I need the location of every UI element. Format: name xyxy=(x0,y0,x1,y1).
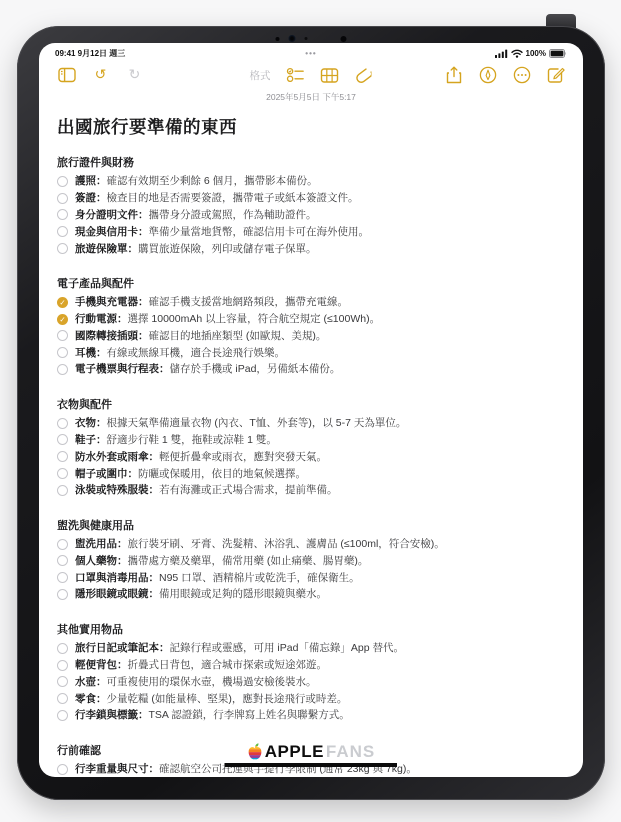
checklist-item[interactable]: 盥洗用品：旅行裝牙刷、牙膏、洗髮精、沐浴乳、護膚品 (≤100ml，符合安檢)。 xyxy=(57,536,565,553)
cellular-icon xyxy=(495,49,508,58)
more-button[interactable] xyxy=(512,66,531,85)
checklist-item[interactable]: 個人藥物：攜帶處方藥及藥單，備常用藥 (如止痛藥、腸胃藥)。 xyxy=(57,553,565,570)
checkbox-unchecked[interactable] xyxy=(57,330,68,341)
checklist-item[interactable]: 旅行日記或筆記本：記錄行程或靈感，可用 iPad「備忘錄」App 替代。 xyxy=(57,640,565,657)
checklist-item[interactable]: 口罩與消毒用品：N95 口罩、酒精棉片或乾洗手，確保衛生。 xyxy=(57,569,565,586)
item-text: 簽證：檢查目的地是否需要簽證，攜帶電子或紙本簽證文件。 xyxy=(75,192,359,204)
item-text: 隱形眼鏡或眼鏡：備用眼鏡或足夠的隱形眼鏡與藥水。 xyxy=(75,588,327,600)
section-header: 電子產品與配件 xyxy=(57,275,565,291)
section-header: 衣物與配件 xyxy=(57,396,565,412)
checklist-item[interactable]: 旅遊保險單：購買旅遊保險，列印或儲存電子保單。 xyxy=(57,240,565,257)
checklist-item[interactable]: 零食：少量乾糧 (如能量棒、堅果)，應對長途飛行或時差。 xyxy=(57,690,565,707)
paperclip-icon xyxy=(355,67,372,84)
checklist-button[interactable] xyxy=(286,66,305,85)
checkbox-unchecked[interactable] xyxy=(57,451,68,462)
ellipsis-circle-icon xyxy=(513,66,531,84)
item-text: 盥洗用品：旅行裝牙刷、牙膏、洗髮精、沐浴乳、護膚品 (≤100ml，符合安檢)。 xyxy=(75,538,445,550)
checkbox-checked[interactable]: ✓ xyxy=(57,314,68,325)
checklist-section: 電子產品與配件✓手機與充電器：確認手機支援當地網路頻段，攜帶充電線。✓行動電源：… xyxy=(57,275,565,378)
battery-percent: 100% xyxy=(526,49,546,58)
checkbox-unchecked[interactable] xyxy=(57,418,68,429)
format-button[interactable]: 格式 xyxy=(250,66,271,85)
checkbox-unchecked[interactable] xyxy=(57,193,68,204)
share-button[interactable] xyxy=(444,66,463,85)
section-header: 旅行證件與財務 xyxy=(57,154,565,170)
item-text: 耳機：有線或無線耳機，適合長途飛行娛樂。 xyxy=(75,347,285,359)
checkbox-unchecked[interactable] xyxy=(57,434,68,445)
checklist-section: 盥洗與健康用品盥洗用品：旅行裝牙刷、牙膏、洗髮精、沐浴乳、護膚品 (≤100ml… xyxy=(57,517,565,603)
checkbox-unchecked[interactable] xyxy=(57,485,68,496)
checkbox-checked[interactable]: ✓ xyxy=(57,297,68,308)
checkbox-unchecked[interactable] xyxy=(57,176,68,187)
item-text: 衣物：根據天氣準備適量衣物 (內衣、T恤、外套等)，以 5-7 天為單位。 xyxy=(75,417,406,429)
checkbox-unchecked[interactable] xyxy=(57,693,68,704)
compose-button[interactable] xyxy=(546,66,565,85)
item-text: 鞋子：舒適步行鞋 1 雙，拖鞋或涼鞋 1 雙。 xyxy=(75,434,277,446)
status-bar: 09:41 9月12日 週三 ••• 100% xyxy=(39,43,583,60)
undo-button[interactable]: ↺ xyxy=(91,66,110,85)
section-header: 其他實用物品 xyxy=(57,621,565,637)
item-text: 泳裝或特殊服裝：若有海灘或正式場合需求，提前準備。 xyxy=(75,484,338,496)
item-text: 行李鎖與標籤：TSA 認證鎖，行李牌寫上姓名與聯繫方式。 xyxy=(75,709,350,721)
checkbox-unchecked[interactable] xyxy=(57,676,68,687)
checklist-item[interactable]: 行李鎖與標籤：TSA 認證鎖，行李牌寫上姓名與聯繫方式。 xyxy=(57,707,565,724)
checklist-item[interactable]: 水壺：可重複使用的環保水壺，機場過安檢後裝水。 xyxy=(57,673,565,690)
checklist-item[interactable]: 現金與信用卡：準備少量當地貨幣，確認信用卡可在海外使用。 xyxy=(57,223,565,240)
watermark-underline xyxy=(225,763,397,767)
checkbox-unchecked[interactable] xyxy=(57,539,68,550)
checkbox-unchecked[interactable] xyxy=(57,468,68,479)
checkbox-unchecked[interactable] xyxy=(57,572,68,583)
checklist-item[interactable]: 隱形眼鏡或眼鏡：備用眼鏡或足夠的隱形眼鏡與藥水。 xyxy=(57,586,565,603)
compose-icon xyxy=(547,66,565,84)
item-text: 護照：確認有效期至少剩餘 6 個月，攜帶影本備份。 xyxy=(75,175,318,187)
checklist-item[interactable]: 電子機票與行程表：儲存於手機或 iPad，另備紙本備份。 xyxy=(57,361,565,378)
checkbox-unchecked[interactable] xyxy=(57,660,68,671)
wifi-icon xyxy=(511,49,523,58)
checklist-item[interactable]: 泳裝或特殊服裝：若有海灘或正式場合需求，提前準備。 xyxy=(57,482,565,499)
section-header: 盥洗與健康用品 xyxy=(57,517,565,533)
item-text: 國際轉接插頭：確認目的地插座類型 (如歐規、美規)。 xyxy=(75,330,326,342)
attachment-button[interactable] xyxy=(354,66,373,85)
checklist-sections: 旅行證件與財務護照：確認有效期至少剩餘 6 個月，攜帶影本備份。簽證：檢查目的地… xyxy=(57,154,565,777)
markup-button[interactable] xyxy=(478,66,497,85)
checkbox-unchecked[interactable] xyxy=(57,643,68,654)
undo-icon: ↺ xyxy=(95,68,107,82)
checklist-item[interactable]: 身分證明文件：攜帶身分證或駕照，作為輔助證件。 xyxy=(57,207,565,224)
checkbox-unchecked[interactable] xyxy=(57,226,68,237)
checkbox-unchecked[interactable] xyxy=(57,209,68,220)
share-icon xyxy=(446,66,462,84)
item-text: 現金與信用卡：準備少量當地貨幣，確認信用卡可在海外使用。 xyxy=(75,226,369,238)
checklist-item[interactable]: 帽子或圍巾：防曬或保暖用，依目的地氣候選擇。 xyxy=(57,465,565,482)
item-text: 個人藥物：攜帶處方藥及藥單，備常用藥 (如止痛藥、腸胃藥)。 xyxy=(75,555,368,567)
item-text: 旅遊保險單：購買旅遊保險，列印或儲存電子保單。 xyxy=(75,243,317,255)
checkbox-unchecked[interactable] xyxy=(57,710,68,721)
note-timestamp: 2025年5月5日 下午5:17 xyxy=(39,91,583,103)
checklist-item[interactable]: ✓行動電源：選擇 10000mAh 以上容量，符合航空規定 (≤100Wh)。 xyxy=(57,311,565,328)
ipad-device-frame: 09:41 9月12日 週三 ••• 100% xyxy=(17,26,605,800)
checkbox-unchecked[interactable] xyxy=(57,589,68,600)
checklist-icon xyxy=(286,67,304,83)
sidebar-toggle-button[interactable] xyxy=(57,66,76,85)
checklist-item[interactable]: 輕便背包：折疊式日背包，適合城市探索或短途郊遊。 xyxy=(57,657,565,674)
table-icon xyxy=(320,68,338,83)
checkbox-unchecked[interactable] xyxy=(57,555,68,566)
checklist-item[interactable]: 國際轉接插頭：確認目的地插座類型 (如歐規、美規)。 xyxy=(57,327,565,344)
checklist-item[interactable]: 簽證：檢查目的地是否需要簽證，攜帶電子或紙本簽證文件。 xyxy=(57,190,565,207)
checklist-section: 旅行證件與財務護照：確認有效期至少剩餘 6 個月，攜帶影本備份。簽證：檢查目的地… xyxy=(57,154,565,257)
item-text: 電子機票與行程表：儲存於手機或 iPad，另備紙本備份。 xyxy=(75,363,340,375)
item-text: 零食：少量乾糧 (如能量棒、堅果)，應對長途飛行或時差。 xyxy=(75,693,347,705)
checkbox-unchecked[interactable] xyxy=(57,347,68,358)
checklist-item[interactable]: ✓手機與充電器：確認手機支援當地網路頻段，攜帶充電線。 xyxy=(57,294,565,311)
item-text: 身分證明文件：攜帶身分證或駕照，作為輔助證件。 xyxy=(75,209,317,221)
notes-toolbar: ↺ ↻ 格式 xyxy=(39,60,583,90)
item-text: 旅行日記或筆記本：記錄行程或靈感，可用 iPad「備忘錄」App 替代。 xyxy=(75,642,404,654)
watermark-apple-text: APPLE xyxy=(265,742,324,762)
table-button[interactable] xyxy=(320,66,339,85)
status-time-date: 09:41 9月12日 週三 xyxy=(55,48,125,59)
item-text: 手機與充電器：確認手機支援當地網路頻段，攜帶充電線。 xyxy=(75,296,348,308)
checklist-item[interactable]: 鞋子：舒適步行鞋 1 雙，拖鞋或涼鞋 1 雙。 xyxy=(57,432,565,449)
checklist-item[interactable]: 衣物：根據天氣準備適量衣物 (內衣、T恤、外套等)，以 5-7 天為單位。 xyxy=(57,415,565,432)
ipad-screen: 09:41 9月12日 週三 ••• 100% xyxy=(39,43,583,777)
checklist-item[interactable]: 護照：確認有效期至少剩餘 6 個月，攜帶影本備份。 xyxy=(57,173,565,190)
front-camera xyxy=(276,35,347,42)
multitask-indicator[interactable]: ••• xyxy=(305,49,316,58)
applefans-watermark: APPLE FANS xyxy=(201,742,421,767)
watermark-fans-text: FANS xyxy=(326,742,375,762)
checklist-section: 衣物與配件衣物：根據天氣準備適量衣物 (內衣、T恤、外套等)，以 5-7 天為單… xyxy=(57,396,565,499)
item-text: 防水外套或雨傘：輕便折疊傘或雨衣，應對突發天氣。 xyxy=(75,451,327,463)
checkbox-unchecked[interactable] xyxy=(57,364,68,375)
checklist-item[interactable]: 防水外套或雨傘：輕便折疊傘或雨衣，應對突發天氣。 xyxy=(57,448,565,465)
rainbow-apple-logo-icon xyxy=(247,743,263,761)
checkbox-unchecked[interactable] xyxy=(57,764,68,775)
note-content: 出國旅行要準備的東西 旅行證件與財務護照：確認有效期至少剩餘 6 個月，攜帶影本… xyxy=(39,103,583,777)
checklist-section: 其他實用物品旅行日記或筆記本：記錄行程或靈感，可用 iPad「備忘錄」App 替… xyxy=(57,621,565,724)
markup-pen-icon xyxy=(479,66,497,84)
item-text: 水壺：可重複使用的環保水壺，機場過安檢後裝水。 xyxy=(75,676,317,688)
battery-icon xyxy=(549,49,567,58)
item-text: 口罩與消毒用品：N95 口罩、酒精棉片或乾洗手，確保衛生。 xyxy=(75,572,360,584)
redo-button[interactable]: ↻ xyxy=(125,66,144,85)
note-title[interactable]: 出國旅行要準備的東西 xyxy=(57,114,565,139)
item-text: 帽子或圍巾：防曬或保暖用，依目的地氣候選擇。 xyxy=(75,468,306,480)
checkbox-unchecked[interactable] xyxy=(57,243,68,254)
redo-icon: ↻ xyxy=(129,68,141,82)
checklist-item[interactable]: 耳機：有線或無線耳機，適合長途飛行娛樂。 xyxy=(57,344,565,361)
item-text: 輕便背包：折疊式日背包，適合城市探索或短途郊遊。 xyxy=(75,659,327,671)
item-text: 行動電源：選擇 10000mAh 以上容量，符合航空規定 (≤100Wh)。 xyxy=(75,313,380,325)
